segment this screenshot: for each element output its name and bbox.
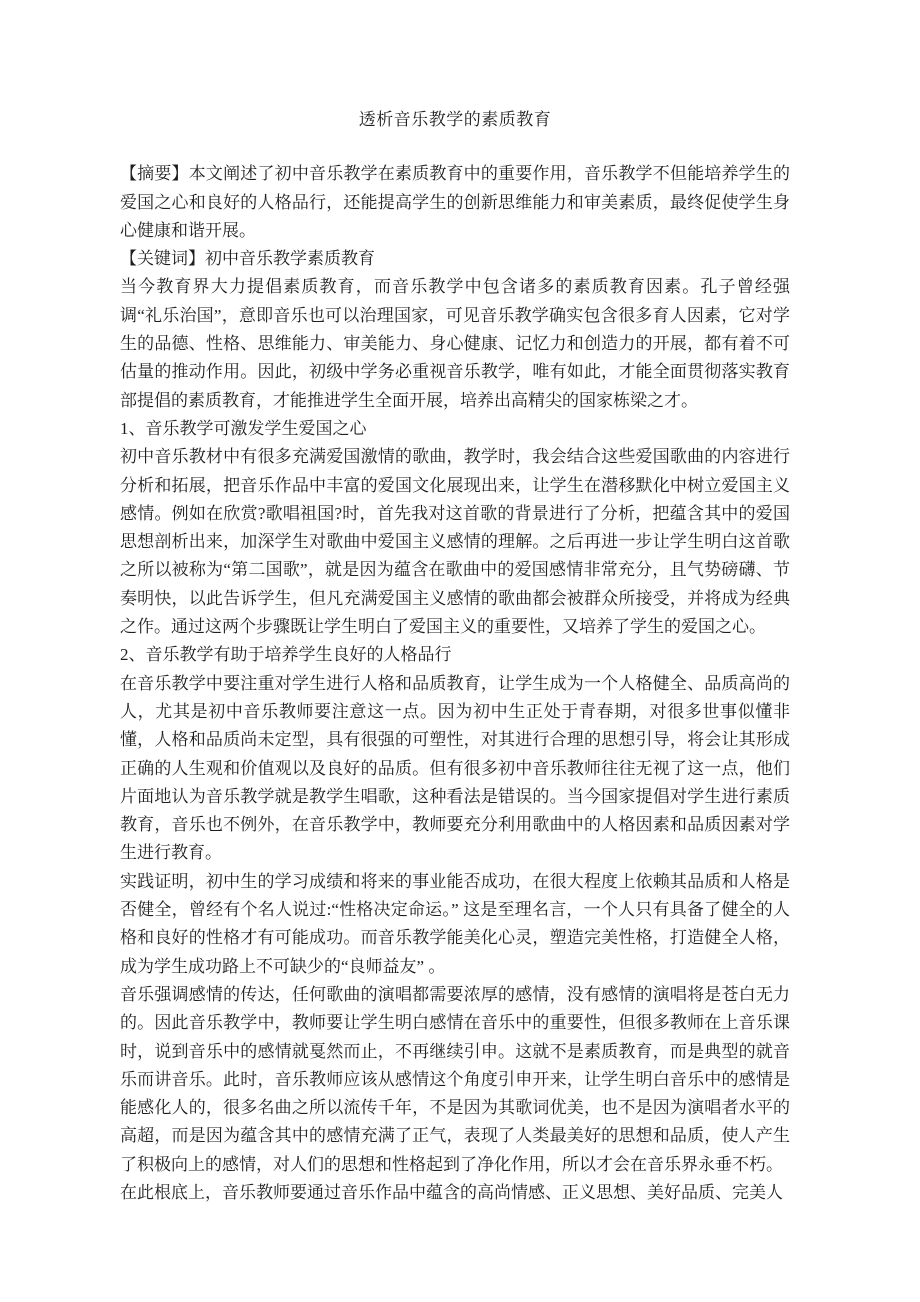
document-title: 透析音乐教学的素质教育 [120,106,790,134]
section-2-heading: 2、音乐教学有助于培养学生良好的人格品行 [120,641,790,669]
keywords-paragraph: 【关键词】初中音乐教学素质教育 [120,245,790,273]
section-2-paragraph-1: 在音乐教学中要注重对学生进行人格和品质教育，让学生成为一个人格健全、品质高尚的人… [120,670,790,868]
abstract-paragraph: 【摘要】本文阐述了初中音乐教学在素质教育中的重要作用，音乐教学不但能培养学生的爱… [120,160,790,245]
section-1-heading: 1、音乐教学可激发学生爱国之心 [120,415,790,443]
intro-paragraph: 当今教育界大力提倡素质教育，而音乐教学中包含诸多的素质教育因素。孔子曾经强调“礼… [120,273,790,414]
section-1-paragraph: 初中音乐教材中有很多充满爱国激情的歌曲，教学时，我会结合这些爱国歌曲的内容进行分… [120,443,790,641]
section-2-paragraph-2: 实践证明，初中生的学习成绩和将来的事业能否成功，在很大程度上依赖其品质和人格是否… [120,868,790,981]
section-2-paragraph-4: 在此根底上，音乐教师要通过音乐作品中蕴含的高尚情感、正义思想、美好品质、完美人 [120,1179,790,1207]
document-page: { "document": { "title": "透析音乐教学的素质教育", … [0,0,920,1302]
section-2-paragraph-3: 音乐强调感情的传达，任何歌曲的演唱都需要浓厚的感情，没有感情的演唱将是苍白无力的… [120,981,790,1179]
document-body: 透析音乐教学的素质教育 【摘要】本文阐述了初中音乐教学在素质教育中的重要作用，音… [120,106,790,1207]
